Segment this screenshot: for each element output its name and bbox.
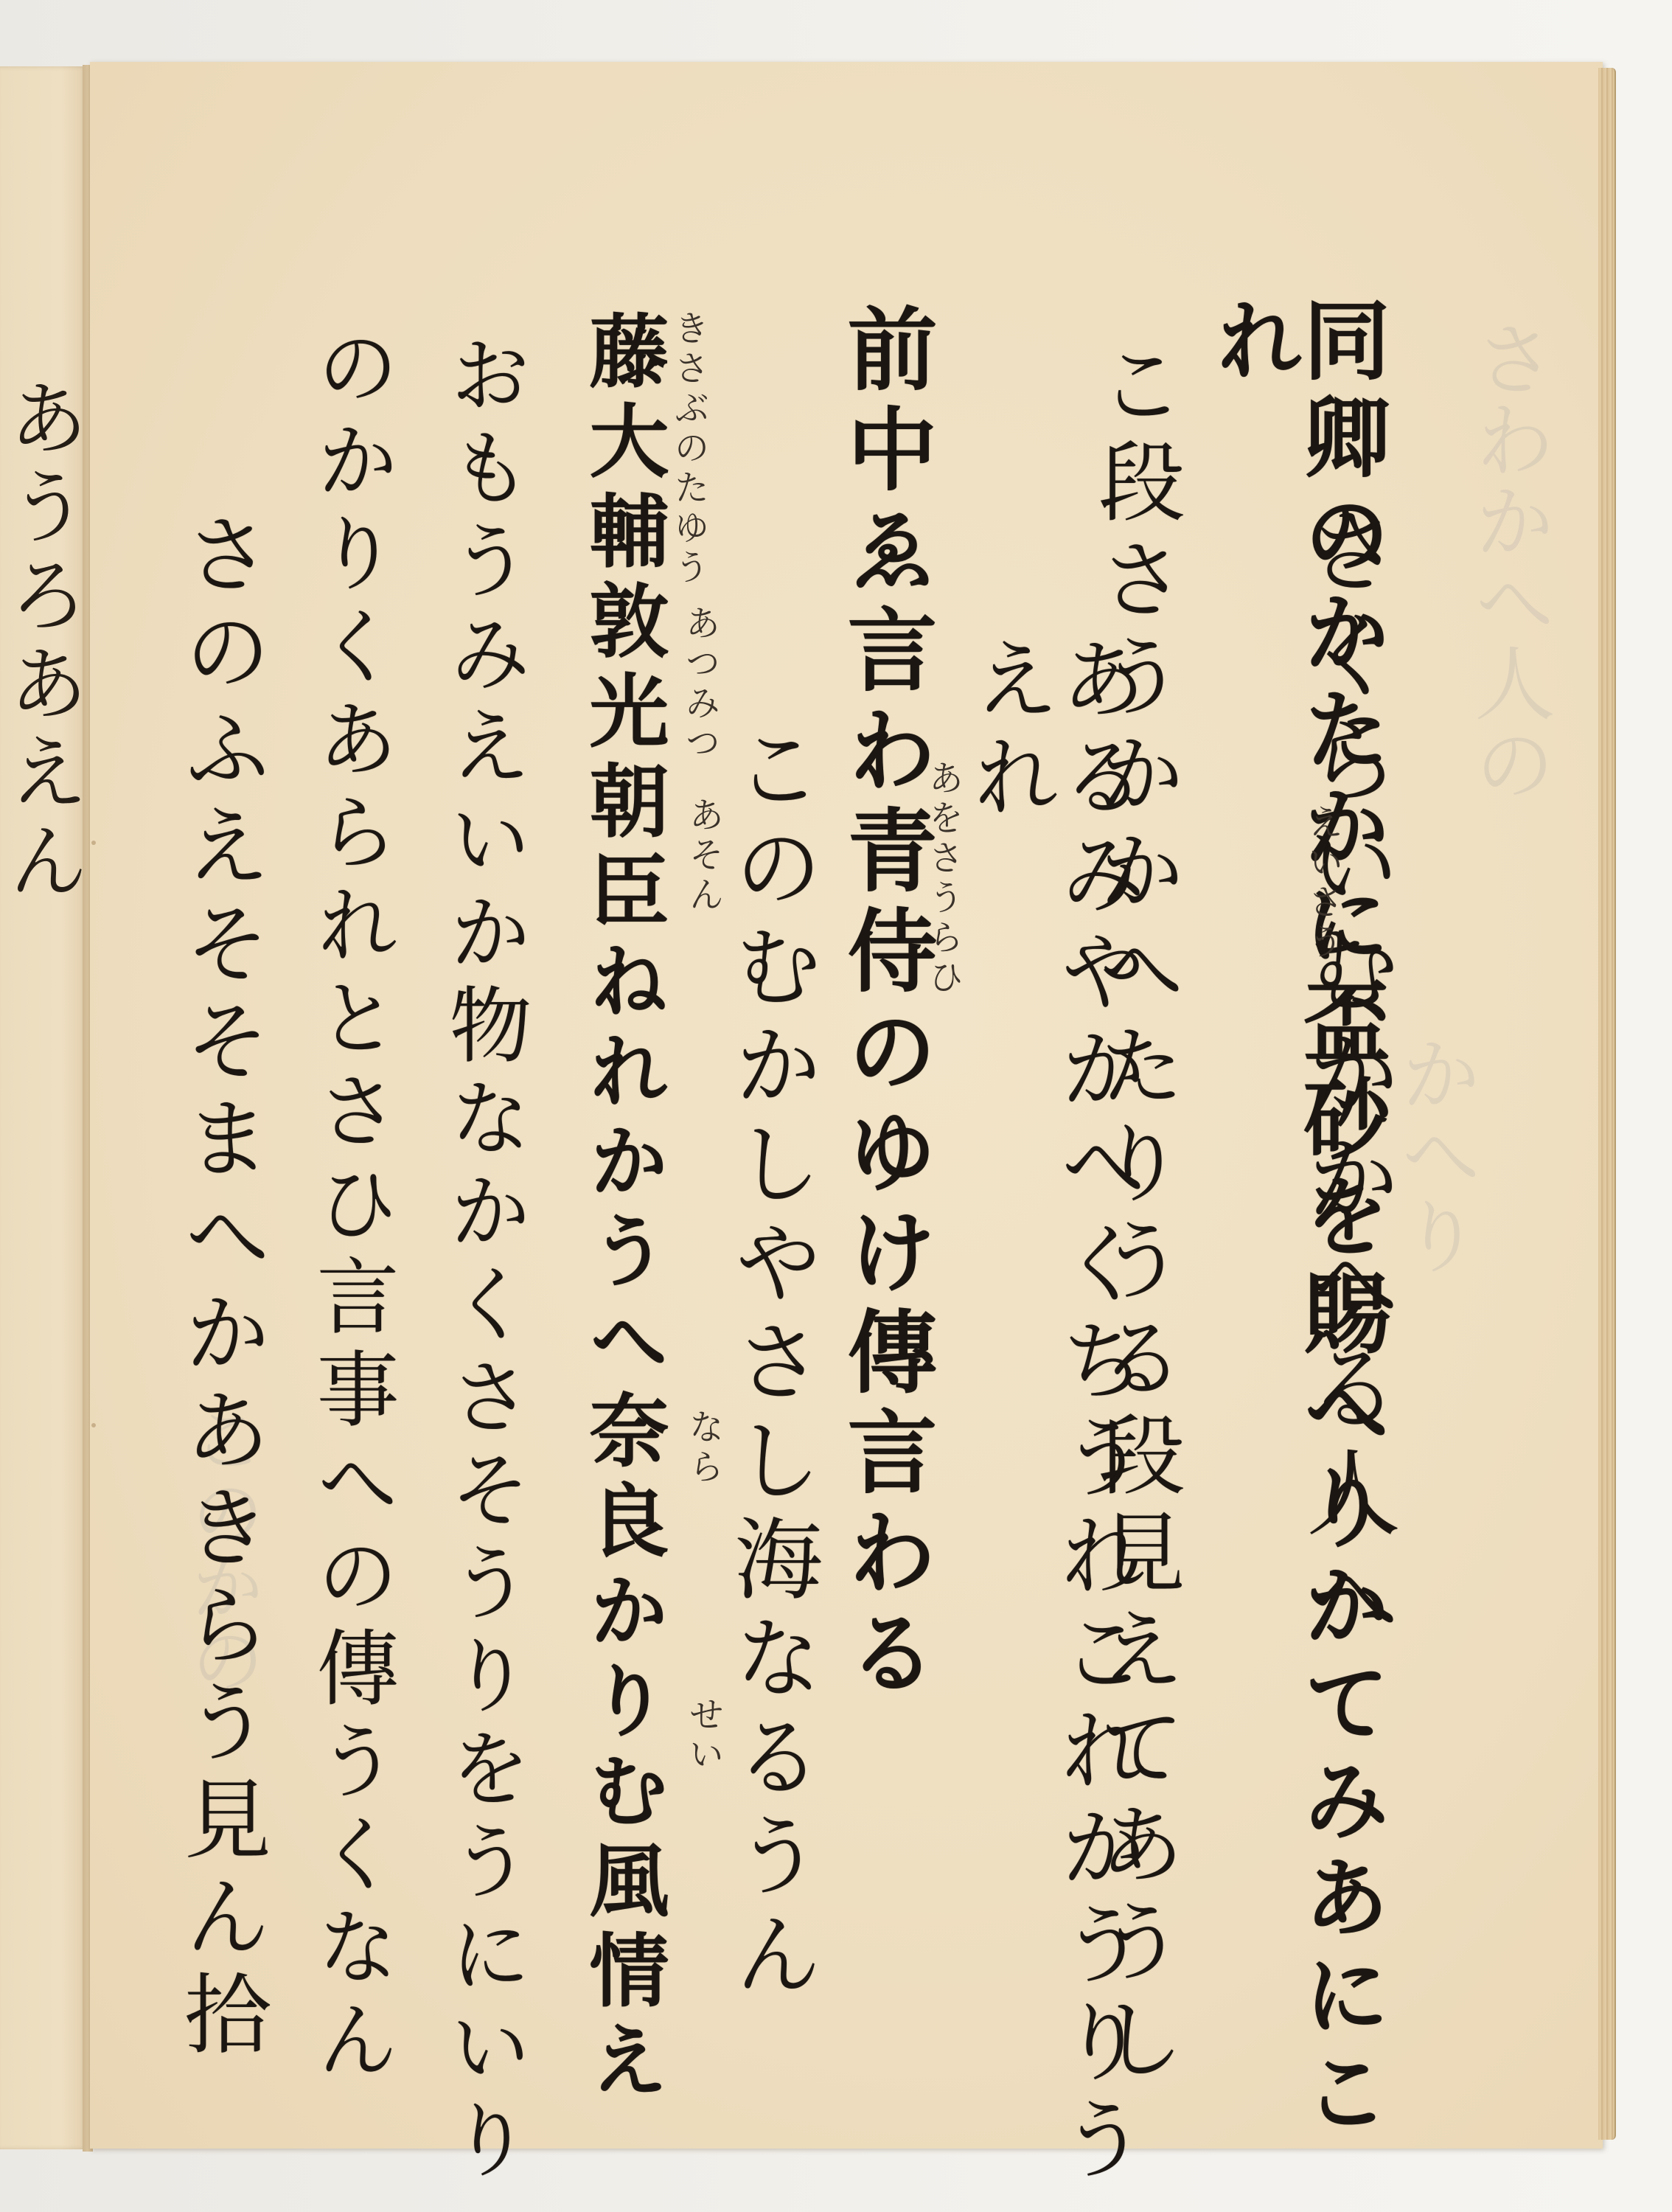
left-page-partial-column: あうろあえん	[1, 376, 83, 907]
text-column-7: 藤大輔敦光朝臣ねれかうへ奈良かりむ風情え	[582, 310, 662, 2109]
furigana-7d: なら	[686, 1408, 721, 1488]
text-column-4: あるみやかへくちうれこれかうりうえれ	[966, 634, 1140, 2212]
text-column-9: のかりくあられとさひ言事への傳うくなん	[310, 324, 392, 2090]
left-page: あうろあえん	[0, 66, 87, 2149]
furigana-2: えいさう	[1305, 804, 1340, 963]
furigana-7b: あつみつ	[682, 605, 717, 764]
text-column-8: おもうみえいか物なかくさそうりをうにいり	[442, 332, 525, 2190]
text-column-5: 前中ゑ言わ青侍のゆけ傳言わる	[840, 302, 930, 1706]
page-edge-stack	[1598, 68, 1616, 2140]
furigana-7a: きさぶのたゆう	[671, 310, 706, 588]
furigana-5: あをさうらひ	[925, 759, 961, 998]
furigana-7c: あそん	[686, 796, 721, 916]
furigana-7e: せい	[686, 1696, 721, 1775]
binding-stitch-hole	[91, 841, 96, 845]
text-column-2: 同卿のかたかに盃砂を賜へりかてみあにこれ	[1209, 295, 1383, 2212]
text-column-10: さのふえそそまへかあきらう見ん拾	[177, 509, 264, 2066]
binding-stitch-hole	[91, 1423, 96, 1427]
text-column-6: このむかしやさし海なるうん	[726, 723, 815, 2007]
